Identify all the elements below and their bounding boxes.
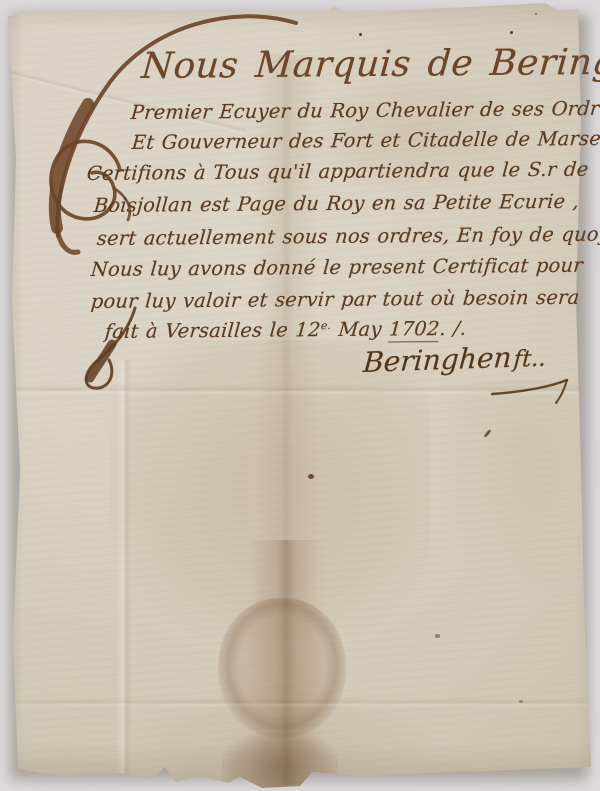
manuscript-line-5: sert actuellement sous nos ordres, En fo… [96, 223, 600, 250]
manuscript-line-1: Premier Ecuyer du Roy Chevalier de ses O… [130, 97, 600, 124]
date-prefix: fait à Versailles le 12 [104, 318, 322, 343]
date-line: fait à Versailles le 12e. May 1702. /. [104, 317, 467, 343]
date-suffix: . /. [439, 317, 468, 340]
signature-paraph: ft.. [513, 346, 547, 373]
manuscript-line-2: Et Gouverneur des Fort et Citadelle de M… [131, 127, 600, 154]
manuscript-text: Nous Marquis de Beringhen Premier Ecuyer… [0, 0, 600, 791]
date-year: 1702 [388, 317, 440, 342]
signature: Beringhenft.. [362, 340, 547, 379]
signature-name: Beringhen [362, 341, 513, 379]
manuscript-line-3: Certifions à Tous qu'il appartiendra que… [86, 158, 589, 185]
manuscript-line-7: pour luy valoir et servir par tout où be… [90, 286, 580, 313]
manuscript-line-6: Nous luy avons donné le present Certific… [90, 254, 584, 281]
date-month: May [330, 318, 390, 342]
manuscript-heading: Nous Marquis de Beringhen [140, 41, 600, 87]
manuscript-line-4: Boisjollan est Page du Roy en sa Petite … [93, 190, 580, 217]
photo-background: Nous Marquis de Beringhen Premier Ecuyer… [0, 0, 600, 791]
